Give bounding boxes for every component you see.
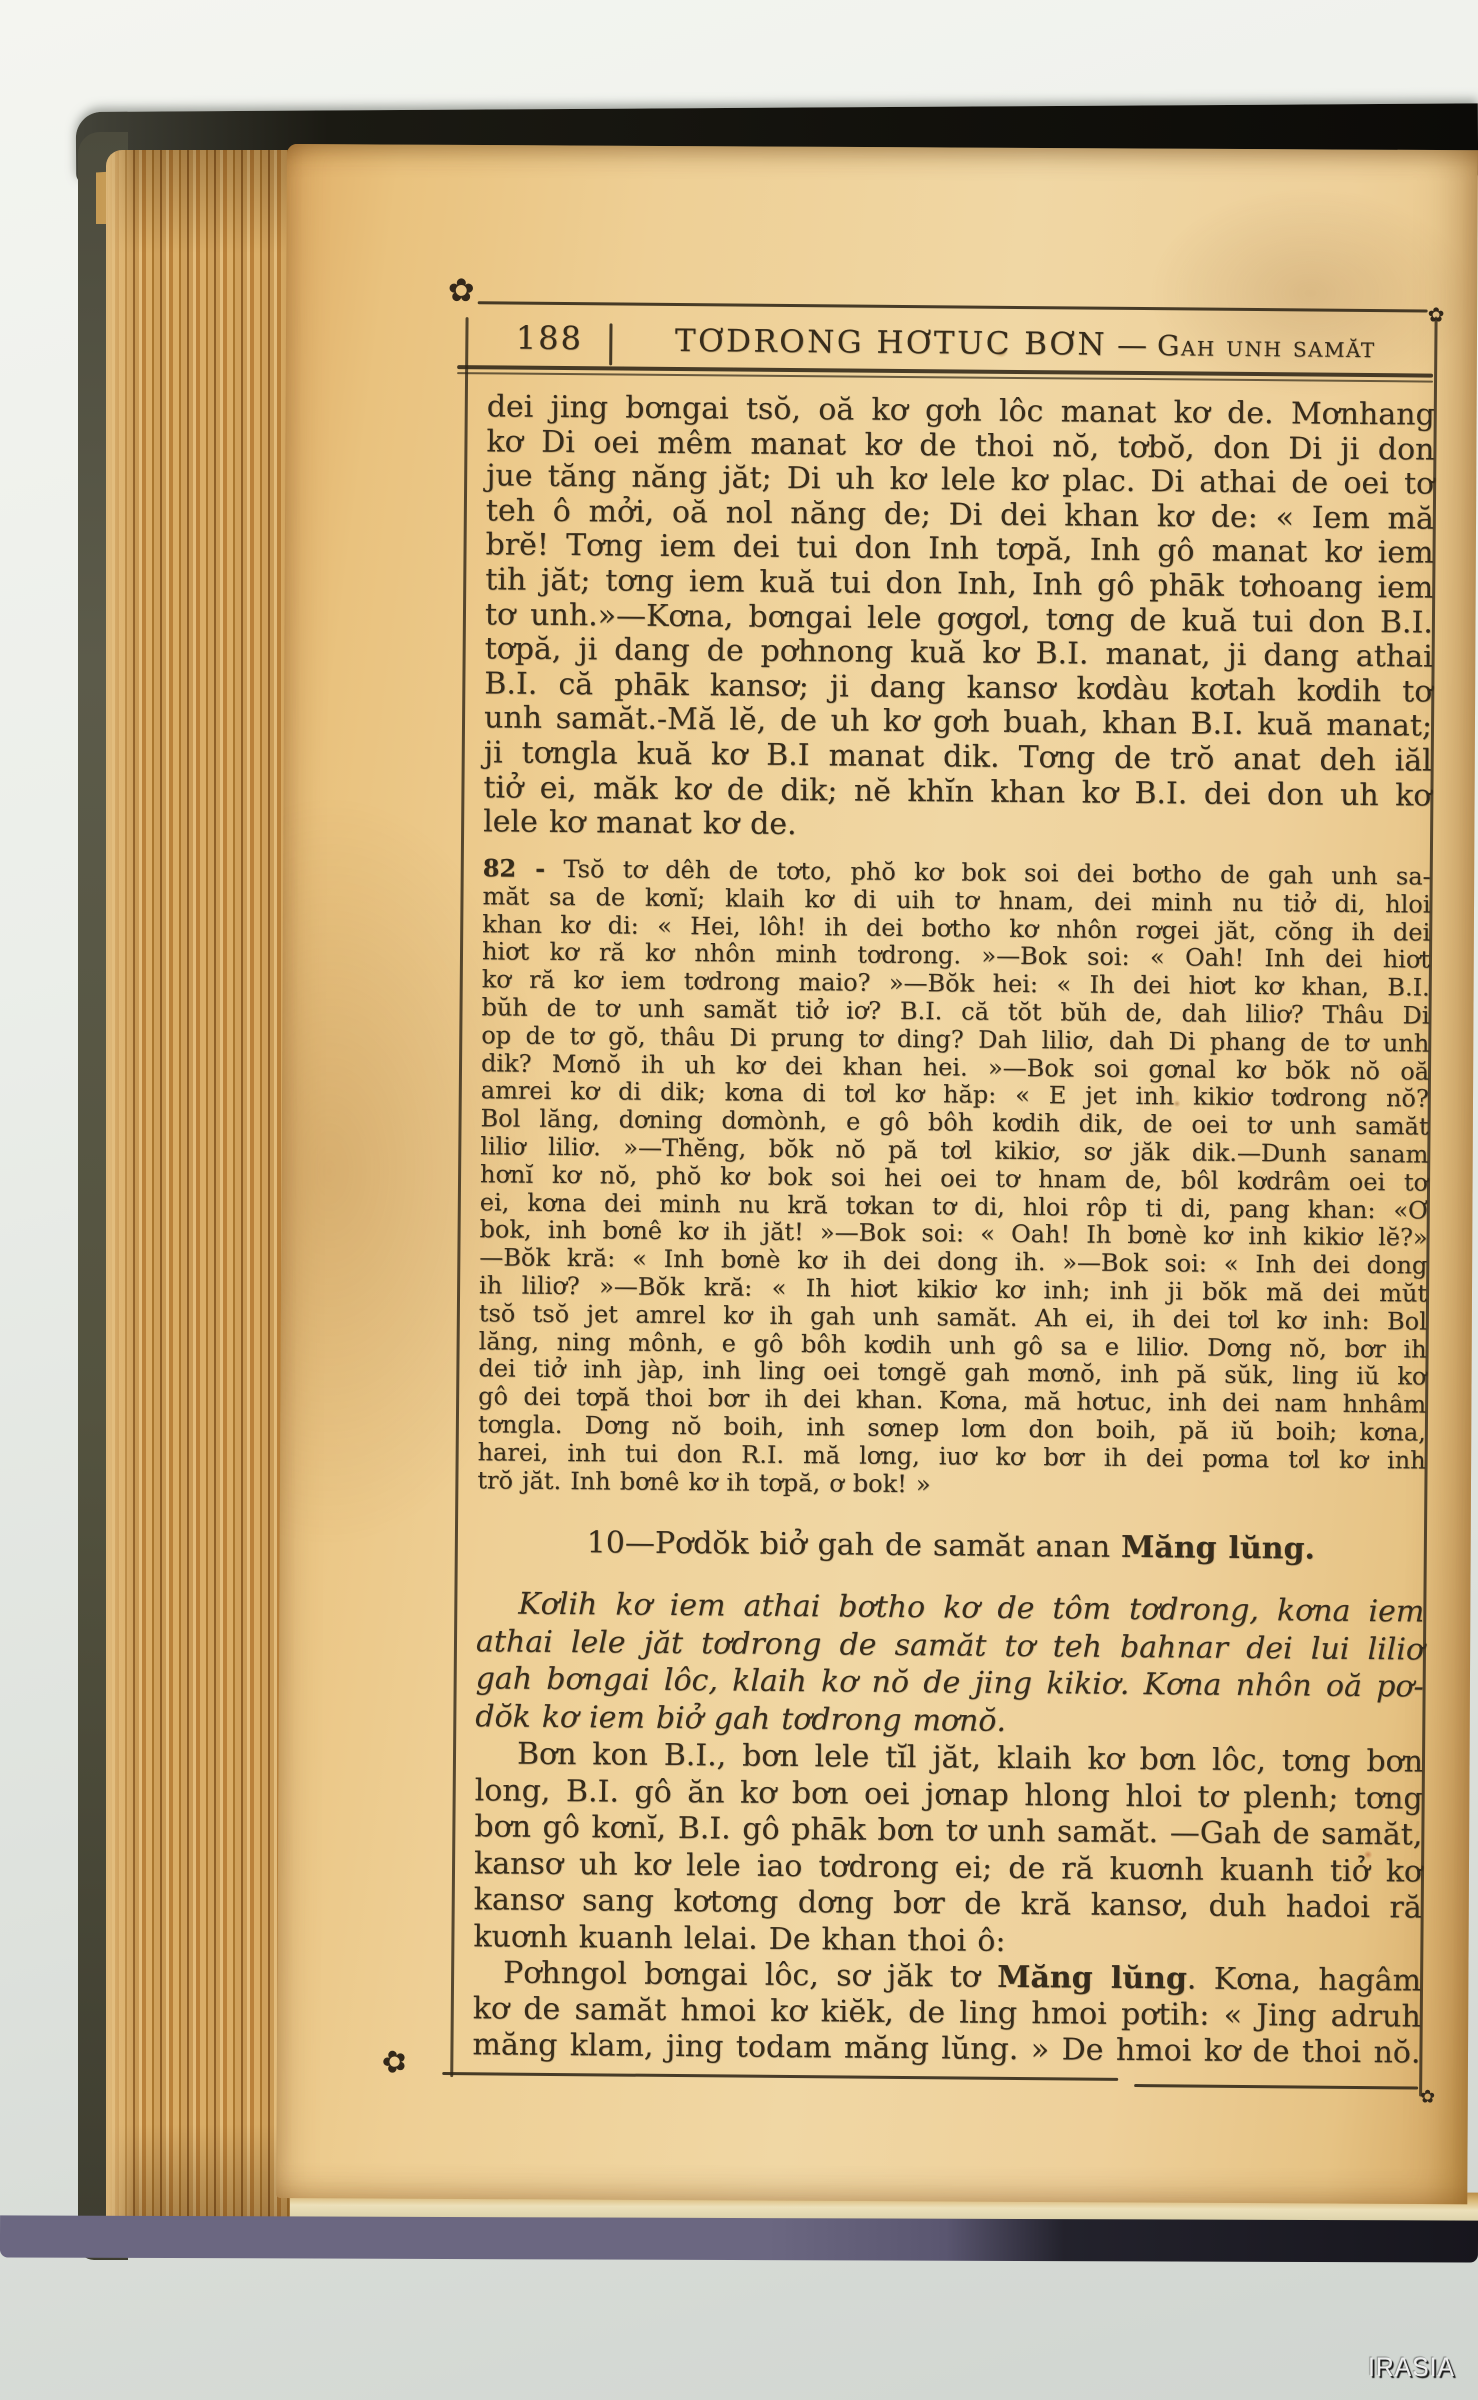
book-cover-bottom-edge xyxy=(0,2215,1478,2262)
footer-rule-left-segment xyxy=(442,2072,1118,2081)
printer-floret-top-left-icon: ✿ xyxy=(448,274,475,306)
printed-text-block: ✿ ✿ 188 TƠDRONG HƠTUC BƠN—Gah unh samăt … xyxy=(434,268,1446,2142)
footer-rule-right-segment xyxy=(1134,2084,1418,2089)
paragraph-pohngol: Pơhngol bơngai lôc, sơ jăk tơ Măng lŭng.… xyxy=(472,1955,1421,2071)
paragraph-bon-kon: Bơn kon B.I., bơn lele tĭl jăt, klaih kơ… xyxy=(473,1736,1423,1963)
scanned-book-photo: { "colors":{"paper":"#eed098","ink":"#37… xyxy=(0,0,1478,2400)
paragraph-italic-intro: Kơlih kơ iem athai bơtho kơ de tôm tơdro… xyxy=(475,1585,1424,1743)
printer-floret-bottom-right-icon: ✿ xyxy=(1420,2089,1435,2107)
page-number: 188 xyxy=(487,318,611,357)
running-header-title: TƠDRONG HƠTUC BƠN—Gah unh samăt xyxy=(621,322,1429,365)
running-header-main: TƠDRONG HƠTUC BƠN xyxy=(675,323,1107,363)
header-top-rule xyxy=(478,301,1428,312)
running-header-dash: — xyxy=(1107,328,1157,363)
header-divider-rule xyxy=(609,323,612,365)
paragraph-continuation: dei jing bơngai tsŏ, oă kơ gơh lôc manat… xyxy=(483,390,1435,848)
text-frame-left-rule xyxy=(450,317,468,2077)
section-heading-10: 10—Pơdŏk biở gah de samăt anan Măng lŭng… xyxy=(477,1520,1425,1572)
paragraph-82: 82 - Tsŏ tơ dêh de tơto, phŏ kơ bok soi … xyxy=(477,854,1431,1503)
scan-watermark: IRASIA xyxy=(1368,2352,1455,2383)
running-header-sub: Gah unh samăt xyxy=(1157,329,1376,364)
